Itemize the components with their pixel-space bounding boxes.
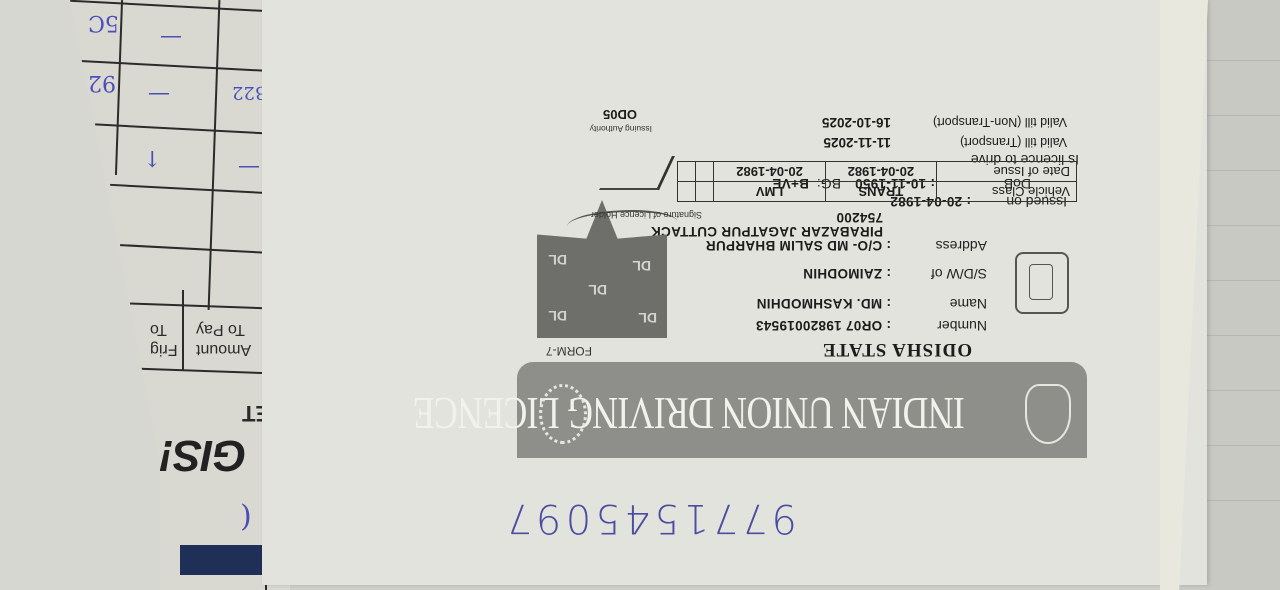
valid-till-transport: Valid till (Transport)11-11-2025 (823, 135, 1067, 150)
form-column-line (182, 290, 184, 370)
form-label-amount: Amount (196, 340, 251, 358)
form-label-to: To (150, 320, 167, 338)
table-row: Vehicle Class TRANS LMV (678, 182, 1077, 202)
issuing-authority-label: Issuing Authority (590, 124, 652, 134)
issuing-authority-code: OD05 (603, 107, 637, 122)
form-row-line (120, 244, 270, 254)
handwritten-mark: — (148, 82, 170, 107)
field-name: Name: MD. KASHMODHIN (756, 296, 987, 312)
vehicle-class-table: Vehicle Class TRANS LMV Date of Issue 20… (677, 161, 1077, 202)
licence-banner: INDIAN UNION DRIVING LICENCE (517, 362, 1087, 458)
handwritten-mark: 92 (88, 70, 116, 95)
valid-till-non-transport: Valid till (Non-Transport)16-10-2025 (822, 115, 1067, 130)
form-logo-text: GIS! (160, 430, 246, 480)
form-row-line (110, 184, 270, 194)
handwritten-mark: ( (240, 500, 252, 535)
form-column-line (208, 0, 221, 310)
handwritten-mark: — (238, 155, 260, 180)
form-number: FORM-7 (546, 344, 592, 358)
photo-watermark: DL (632, 258, 651, 274)
state-name: ODISHA STATE (697, 338, 1097, 360)
driving-licence-card: INDIAN UNION DRIVING LICENCE ODISHA STAT… (517, 92, 1097, 460)
photo-watermark: DL (638, 310, 657, 326)
form-row-line (130, 303, 270, 310)
handwritten-phone-number: 9771545097 (500, 495, 800, 541)
national-emblem-icon (1025, 384, 1071, 444)
table-row: Date of Issue 20-04-1982 20-04-1982 (678, 162, 1077, 182)
field-address: Address: C/O- MD SALIM BHARPUR (706, 238, 987, 254)
issuer-signature (599, 156, 675, 190)
smart-chip-icon (1015, 252, 1069, 314)
holder-signature-label: Signature of Licence Holder (591, 210, 702, 220)
field-address-line2: PIRABAZAR JAGATPUR CUTTACK (651, 224, 883, 240)
field-relation: S/D/W of: ZAIMODHIN (803, 266, 987, 282)
form-label-frig: Frig (150, 340, 178, 358)
field-number: Number: OR07 19820019543 (756, 318, 987, 334)
state-emblem-icon (539, 384, 587, 444)
handwritten-mark: — (160, 25, 182, 50)
licence-title: INDIAN UNION DRIVING LICENCE (637, 380, 965, 446)
form-row-line (140, 368, 270, 375)
handwritten-mark: ↑ (143, 145, 161, 170)
form-label-to-pay: To Pay (196, 320, 245, 338)
field-address-pin: 754200 (836, 210, 883, 226)
handwritten-mark: 5C (88, 10, 119, 35)
photo-watermark: DL (548, 252, 567, 268)
photo-watermark: DL (548, 308, 567, 324)
photo-watermark: DL (588, 282, 607, 298)
form-row-line (95, 123, 270, 134)
